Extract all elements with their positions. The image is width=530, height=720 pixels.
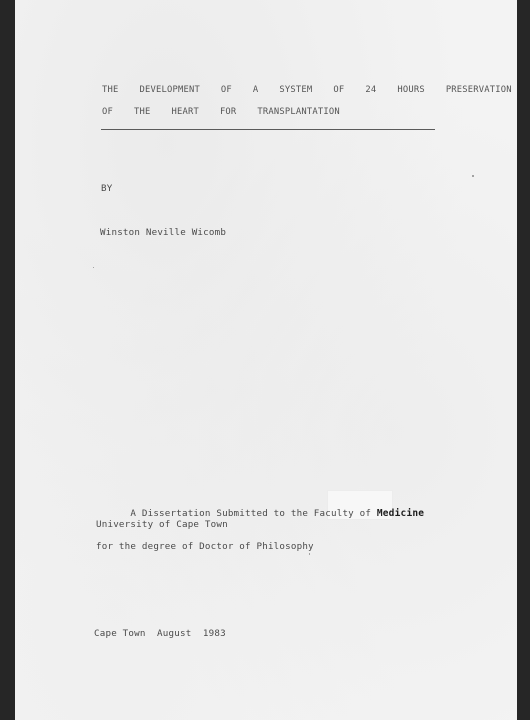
university-name: University of Cape Town [96, 519, 228, 530]
submission-prefix: A Dissertation Submitted to the Faculty … [130, 508, 371, 519]
title-line-2: OF THE HEART FOR TRANSPLANTATION [102, 107, 340, 117]
author-name: Winston Neville Wicomb [100, 227, 226, 238]
place-and-date: Cape Town August 1983 [94, 628, 226, 639]
by-label: BY [101, 183, 112, 194]
scan-speck [472, 175, 474, 177]
thesis-title-page: THE DEVELOPMENT OF A SYSTEM OF 24 HOURS … [15, 0, 517, 720]
scan-speck [309, 553, 310, 555]
degree-statement: for the degree of Doctor of Philosophy [96, 541, 314, 552]
title-underline [101, 129, 435, 130]
document-viewer: THE DEVELOPMENT OF A SYSTEM OF 24 HOURS … [0, 0, 530, 720]
title-line-1: THE DEVELOPMENT OF A SYSTEM OF 24 HOURS … [102, 85, 512, 95]
faculty-name: Medicine [377, 508, 424, 519]
scan-speck [93, 267, 94, 268]
